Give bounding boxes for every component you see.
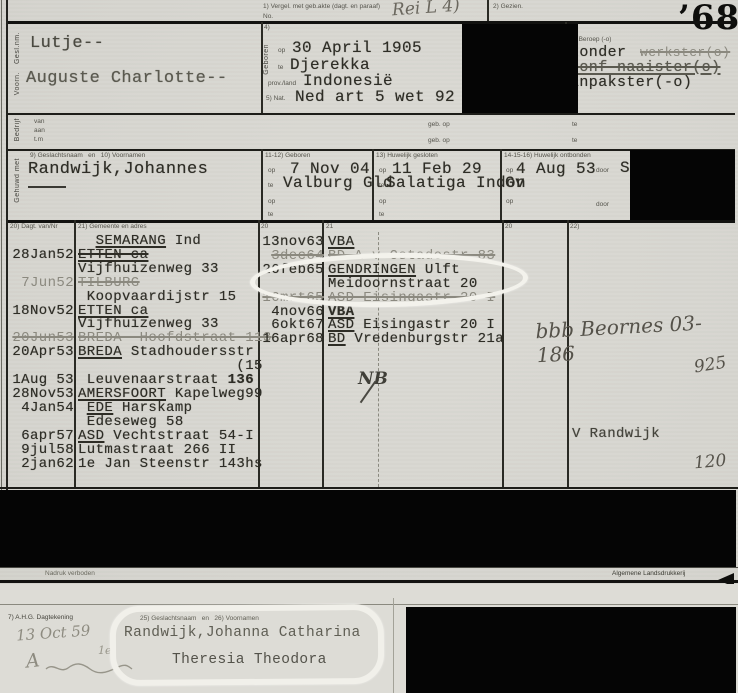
married-header: 13) Huwelijk gesloten — [376, 152, 438, 159]
dissolved-door-label: door — [596, 167, 609, 174]
geb-op-label-1: geb. op — [428, 121, 450, 128]
row2-divider-2 — [372, 149, 374, 220]
spouse-born-te2: te — [268, 211, 273, 218]
bottom-name-header: 25) Geslachtsnaam en 26) Voornamen — [140, 615, 259, 622]
handwritten-reference: Rei L 4) — [391, 0, 460, 20]
row-text-part: BD — [328, 331, 346, 347]
spouse-name: Randwijk,Johannes — [28, 160, 208, 179]
header-divider — [487, 0, 489, 21]
year-stamp: ’68 — [678, 0, 738, 38]
row-text-part: 1e Jan Steenstr 143hs — [78, 456, 263, 472]
col-header-5: 20 — [505, 223, 512, 230]
table-row: 16apr68BD Vredenburgstr 21a — [260, 333, 526, 347]
married-op: op — [379, 167, 386, 174]
spouse-name-dash — [28, 186, 66, 188]
bottom-card-vline — [393, 598, 394, 693]
row-address: BD Vredenburgstr 21a — [328, 333, 504, 347]
geb-op-label-2: geb. op — [428, 137, 450, 144]
scanned-registration-card: 1) Vergel. met geb.akte (dagt. en paraaf… — [0, 0, 738, 693]
col-header-2: 21) Gemeente en adres — [78, 223, 147, 230]
married-te2: te — [379, 211, 384, 218]
redaction-box-row2 — [630, 150, 735, 220]
bottom-name-line2: Theresia Theodora — [172, 652, 327, 668]
bedrijf-aan-label: aan — [34, 127, 45, 134]
gezien-label: 2) Gezien. — [493, 3, 523, 10]
married-te: te — [379, 182, 384, 189]
left-edge-line — [6, 0, 8, 490]
table-row: 2jan621e Jan Steenstr 143hs — [10, 458, 260, 472]
handwritten-925: 925 — [693, 353, 728, 378]
redaction-box-top — [462, 24, 578, 113]
ahg-label: 7) A.H.G. Dagtekening — [8, 614, 73, 621]
te-label-1: te — [572, 121, 577, 128]
row-date: 7Jun52 — [10, 277, 74, 291]
spouse-header: 9) Geslachtsnaam en 10) Voornamen — [30, 152, 145, 159]
bedrijf-margin-label: Bedrijf — [14, 118, 21, 141]
bottom-card-top-line — [0, 604, 738, 605]
born-te-label: te — [278, 64, 283, 71]
landsdrukkerij-label: Algemene Landsdrukkerij — [612, 570, 685, 577]
row-date: 18Nov52 — [10, 305, 74, 319]
typed-v-randwijk: V Randwijk — [572, 426, 660, 442]
col-header-3: 20 — [261, 223, 268, 230]
table-bottom-border — [0, 487, 738, 489]
married-op2: op — [379, 198, 386, 205]
dissolved-door-label2: door — [596, 201, 609, 208]
redaction-band — [0, 490, 736, 567]
row-text-part: Vredenburgstr 21a — [346, 331, 504, 347]
movements-left-block: SEMARANG Ind28Jan52ETTEN caVijfhuizenweg… — [10, 235, 260, 471]
born-section-no: 4) — [264, 24, 270, 31]
beroep-line3: inpakster(-o) — [570, 74, 692, 91]
strip-bottom-line — [0, 580, 738, 583]
spouse-margin-label: Gehuwd met — [14, 158, 21, 203]
row-date: 28Jan52 — [10, 249, 74, 263]
dissolution-cause: S — [620, 159, 630, 177]
firstnames-margin-label: Voorn. — [14, 72, 21, 95]
dissolved-op: op — [506, 167, 513, 174]
spouse-born-header: 11-12) Geboren — [265, 152, 310, 159]
no-label: No. — [263, 13, 273, 20]
row-date: 16apr68 — [260, 333, 324, 347]
nationality-label: 5) Nat. — [266, 95, 286, 102]
col-header-1: 20) Dagt. van/Nr — [10, 223, 58, 230]
dissolution-date: 4 Aug 53 — [516, 160, 596, 178]
born-op-label: op — [278, 47, 285, 54]
spouse-born-op: op — [268, 167, 275, 174]
row-date: 4Jan54 — [10, 402, 74, 416]
firstnames-value: Auguste Charlotte-- — [26, 69, 227, 88]
card-top-border — [8, 21, 735, 24]
row-date: 20Apr53 — [10, 346, 74, 360]
row-date: 2jan62 — [10, 458, 74, 472]
row2-divider-3 — [500, 149, 502, 220]
surname-margin-label: Gesl.nm. — [14, 32, 21, 64]
beroep-line1-struck: werkster(o) — [640, 45, 730, 60]
row2-divider-1 — [261, 149, 263, 220]
nationality-value: Ned art 5 wet 92 — [295, 88, 455, 106]
strip-top-line — [0, 567, 738, 568]
row1-bottom-border — [8, 113, 735, 115]
te-label-2: te — [572, 137, 577, 144]
spouse-birth-place: Valburg Gld — [283, 174, 393, 192]
dissolved-header: 14-15-16) Huwelijk ontbonden — [504, 152, 591, 159]
spouse-born-op2: op — [268, 198, 275, 205]
dissolved-op2: op — [506, 198, 513, 205]
compare-label: 1) Vergel. met geb.akte (dagt. en paraaf… — [263, 3, 380, 10]
bedrijf-tm-label: t.m — [34, 136, 43, 143]
born-land-label: prov./land — [268, 80, 296, 87]
col-header-6: 22) — [570, 223, 579, 230]
nadruk-verboden-label: Nadruk verboden — [45, 570, 95, 577]
dissolution-place: Gv — [505, 174, 525, 192]
row-text-part: Ind — [166, 233, 201, 249]
spouse-born-te: te — [268, 182, 273, 189]
handwritten-120: 120 — [693, 451, 727, 474]
redaction-box-bottom — [406, 607, 736, 693]
handwritten-signature: A — [25, 649, 41, 672]
col-header-4: 21 — [326, 223, 333, 230]
bedrijf-van-label: van — [34, 118, 44, 125]
born-margin-label: Geboren — [263, 44, 270, 75]
row-address: 1e Jan Steenstr 143hs — [78, 458, 263, 472]
left-edge-line-outer — [1, 0, 2, 490]
bottom-name-line1: Randwijk,Johanna Catharina — [124, 625, 361, 641]
birth-date: 30 April 1905 — [292, 39, 422, 57]
surname-value: Lutje-- — [30, 34, 104, 53]
